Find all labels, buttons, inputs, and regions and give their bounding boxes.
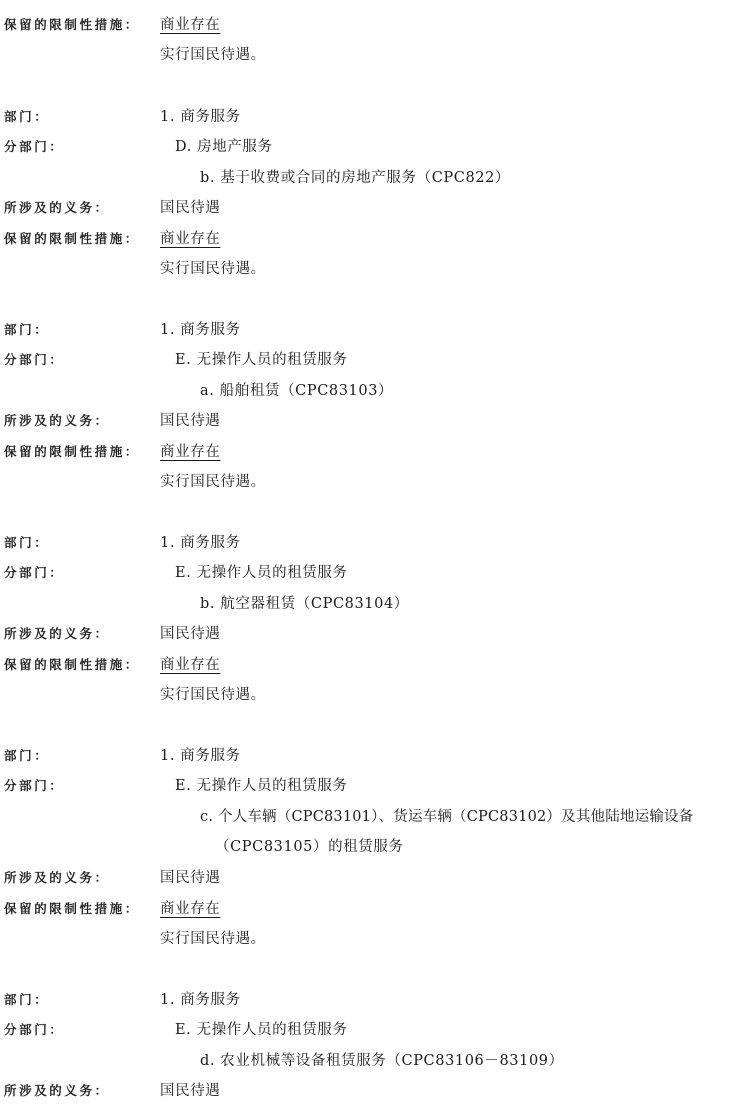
obligations-label: 所涉及的义务： [4, 193, 110, 223]
limitation-mode: 商业存在 [160, 894, 220, 924]
limitations-label: 保留的限制性措施： [4, 10, 140, 40]
sector-value: 1. 商务服务 [160, 985, 241, 1015]
limitation-text: 实行国民待遇。 [160, 254, 266, 284]
obligations-value: 国民待遇 [160, 193, 220, 223]
limitations-label: 保留的限制性措施： [4, 437, 140, 467]
item-value: b. 基于收费或合同的房地产服务（CPC822） [200, 163, 510, 193]
limitation-text: 实行国民待遇。 [160, 40, 266, 70]
subsector-value: D. 房地产服务 [175, 132, 273, 162]
sector-value: 1. 商务服务 [160, 102, 241, 132]
subsector-value: E. 无操作人员的租赁服务 [175, 1015, 348, 1045]
sector-label: 部门： [4, 102, 49, 132]
subsector-value: E. 无操作人员的租赁服务 [175, 558, 348, 588]
limitations-label: 保留的限制性措施： [4, 224, 140, 254]
item-value: c. 个人车辆（CPC83101）、货运车辆（CPC83102）及其他陆地运输设… [200, 802, 693, 832]
limitations-row: 保留的限制性措施： 商业存在 [0, 10, 744, 40]
item-value: b. 航空器租赁（CPC83104） [200, 589, 409, 619]
subsector-label: 分部门： [4, 345, 64, 375]
item-row: d. 农业机械等设备租赁服务（CPC83106－83109） [0, 1046, 744, 1076]
subsector-label: 分部门： [4, 132, 64, 162]
limitations-row: 保留的限制性措施： 商业存在 [0, 224, 744, 254]
limitation-text-row: 实行国民待遇。 [0, 40, 744, 70]
sector-label: 部门： [4, 528, 49, 558]
limitation-mode: 商业存在 [160, 437, 220, 467]
item-row: c. 个人车辆（CPC83101）、货运车辆（CPC83102）及其他陆地运输设… [0, 802, 744, 832]
sector-label: 部门： [4, 985, 49, 1015]
obligations-value: 国民待遇 [160, 406, 220, 436]
sector-row: 部门： 1. 商务服务 [0, 528, 744, 558]
sector-value: 1. 商务服务 [160, 741, 241, 771]
obligations-value: 国民待遇 [160, 619, 220, 649]
subsector-label: 分部门： [4, 1015, 64, 1045]
subsector-label: 分部门： [4, 771, 64, 801]
item-row: b. 航空器租赁（CPC83104） [0, 589, 744, 619]
obligations-row: 所涉及的义务： 国民待遇 [0, 1076, 744, 1106]
item-row: a. 船舶租赁（CPC83103） [0, 376, 744, 406]
obligations-row: 所涉及的义务： 国民待遇 [0, 193, 744, 223]
obligations-label: 所涉及的义务： [4, 863, 110, 893]
subsector-row: 分部门： E. 无操作人员的租赁服务 [0, 771, 744, 801]
limitations-label: 保留的限制性措施： [4, 894, 140, 924]
sector-row: 部门： 1. 商务服务 [0, 741, 744, 771]
sector-label: 部门： [4, 741, 49, 771]
item-continuation-row: （CPC83105）的租赁服务 [0, 832, 744, 862]
limitation-mode: 商业存在 [160, 10, 220, 40]
sector-row: 部门： 1. 商务服务 [0, 315, 744, 345]
sector-value: 1. 商务服务 [160, 315, 241, 345]
limitations-label: 保留的限制性措施： [4, 650, 140, 680]
item-value: d. 农业机械等设备租赁服务（CPC83106－83109） [200, 1046, 564, 1076]
limitations-row: 保留的限制性措施： 商业存在 [0, 650, 744, 680]
obligations-value: 国民待遇 [160, 863, 220, 893]
obligations-row: 所涉及的义务： 国民待遇 [0, 619, 744, 649]
limitation-text: 实行国民待遇。 [160, 467, 266, 497]
obligations-label: 所涉及的义务： [4, 406, 110, 436]
item-continuation: （CPC83105）的租赁服务 [215, 832, 404, 862]
limitation-text: 实行国民待遇。 [160, 924, 266, 954]
subsector-row: 分部门： E. 无操作人员的租赁服务 [0, 1015, 744, 1045]
item-row: b. 基于收费或合同的房地产服务（CPC822） [0, 163, 744, 193]
subsector-row: 分部门： E. 无操作人员的租赁服务 [0, 345, 744, 375]
limitation-text-row: 实行国民待遇。 [0, 467, 744, 497]
obligations-label: 所涉及的义务： [4, 1076, 110, 1106]
subsector-value: E. 无操作人员的租赁服务 [175, 345, 348, 375]
subsector-row: 分部门： E. 无操作人员的租赁服务 [0, 558, 744, 588]
obligations-value: 国民待遇 [160, 1076, 220, 1106]
limitation-text-row: 实行国民待遇。 [0, 254, 744, 284]
subsector-label: 分部门： [4, 558, 64, 588]
subsector-row: 分部门： D. 房地产服务 [0, 132, 744, 162]
limitation-text: 实行国民待遇。 [160, 680, 266, 710]
sector-value: 1. 商务服务 [160, 528, 241, 558]
sector-row: 部门： 1. 商务服务 [0, 102, 744, 132]
obligations-label: 所涉及的义务： [4, 619, 110, 649]
obligations-row: 所涉及的义务： 国民待遇 [0, 406, 744, 436]
limitation-mode: 商业存在 [160, 224, 220, 254]
item-value: a. 船舶租赁（CPC83103） [200, 376, 393, 406]
limitation-mode: 商业存在 [160, 650, 220, 680]
subsector-value: E. 无操作人员的租赁服务 [175, 771, 348, 801]
sector-row: 部门： 1. 商务服务 [0, 985, 744, 1015]
obligations-row: 所涉及的义务： 国民待遇 [0, 863, 744, 893]
limitations-row: 保留的限制性措施： 商业存在 [0, 437, 744, 467]
sector-label: 部门： [4, 315, 49, 345]
limitation-text-row: 实行国民待遇。 [0, 924, 744, 954]
limitation-text-row: 实行国民待遇。 [0, 680, 744, 710]
limitations-row: 保留的限制性措施： 商业存在 [0, 894, 744, 924]
